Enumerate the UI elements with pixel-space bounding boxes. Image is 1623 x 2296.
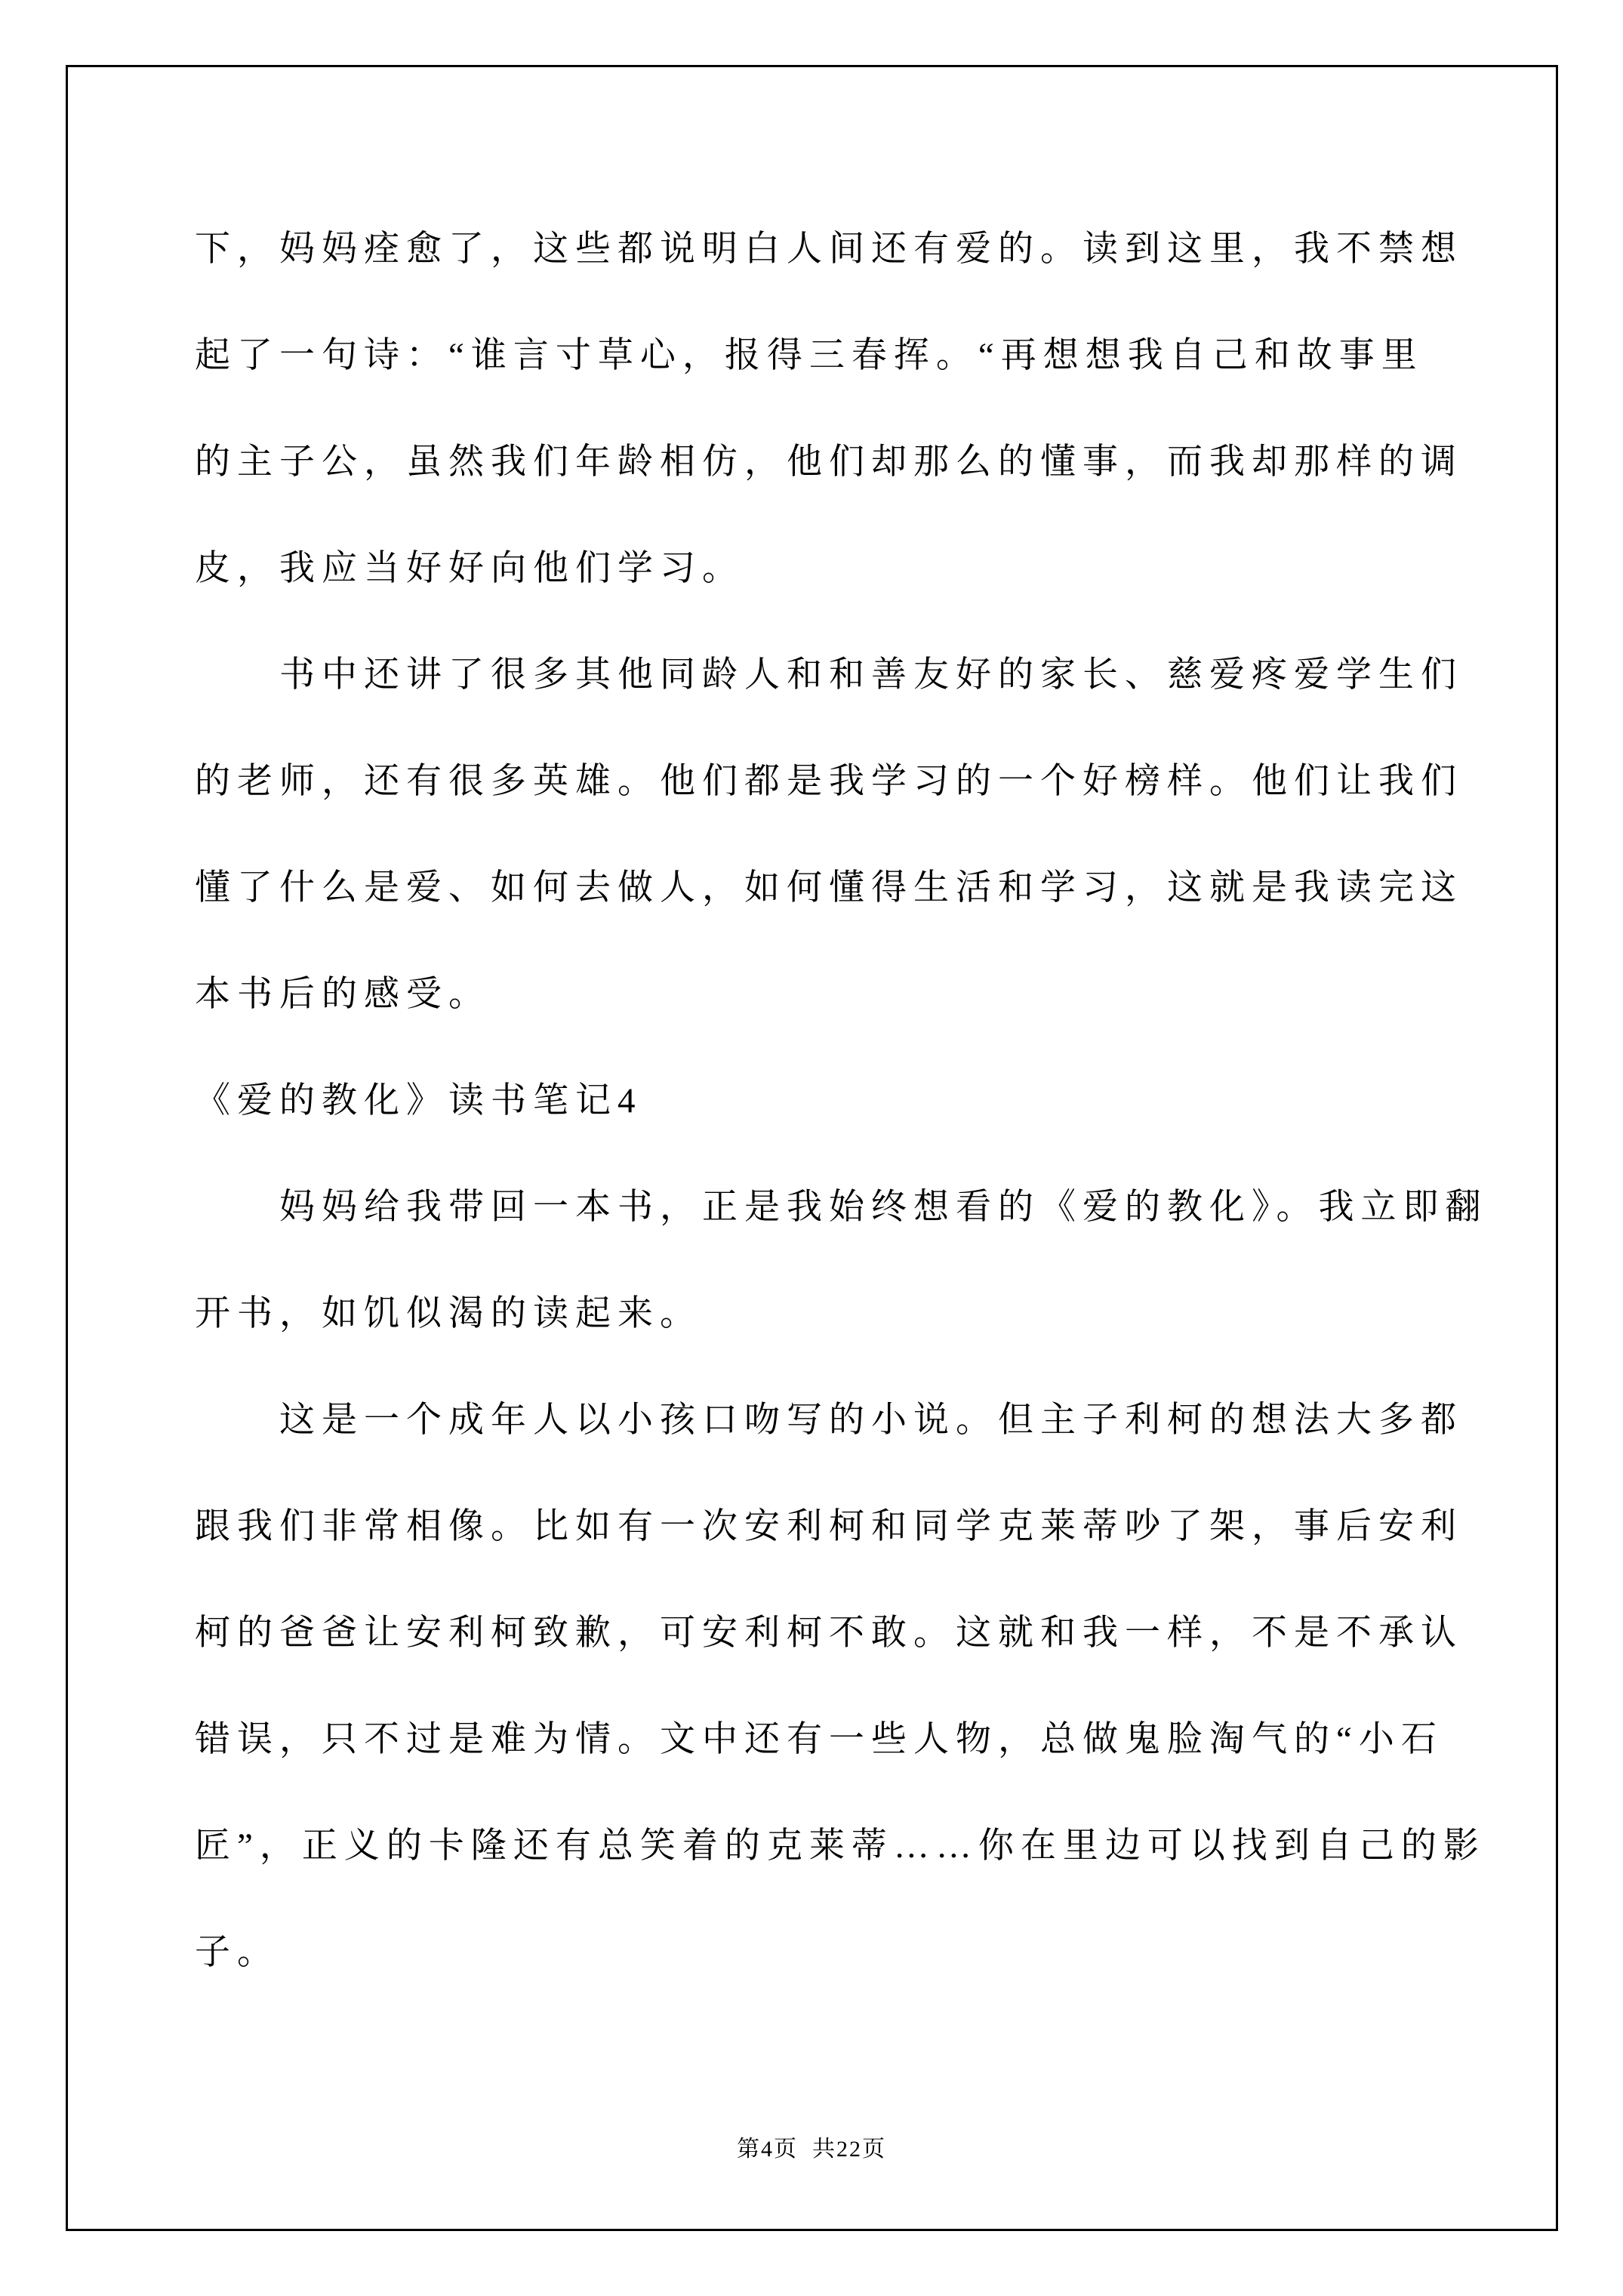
section-heading: 《爱的教化》读书笔记4: [195, 1048, 1555, 1154]
text-line: 错误，只不过是难为情。文中还有一些人物，总做鬼脸淘气的“小石: [195, 1687, 1555, 1793]
text-line: 开书，如饥似渴的读起来。: [195, 1261, 1555, 1367]
document-page: 下，妈妈痊愈了，这些都说明白人间还有爱的。读到这里，我不禁想 起了一句诗：“谁言…: [0, 0, 1623, 2296]
text-line: 柯的爸爸让安利柯致歉，可安利柯不敢。这就和我一样，不是不承认: [195, 1580, 1555, 1687]
text-block: 下，妈妈痊愈了，这些都说明白人间还有爱的。读到这里，我不禁想 起了一句诗：“谁言…: [195, 196, 1555, 2006]
text-line: 子。: [195, 1900, 1555, 2006]
text-line: 起了一句诗：“谁言寸草心，报得三春挥。“再想想我自己和故事里: [195, 303, 1555, 409]
text-line: 匠”，正义的卡隆还有总笑着的克莱蒂……你在里边可以找到自己的影: [195, 1793, 1555, 1900]
text-line: 皮，我应当好好向他们学习。: [195, 516, 1555, 622]
text-line: 的主子公，虽然我们年龄相仿，他们却那么的懂事，而我却那样的调: [195, 409, 1555, 516]
text-line: 懂了什么是爱、如何去做人，如何懂得生活和学习，这就是我读完这: [195, 835, 1555, 942]
text-line: 下，妈妈痊愈了，这些都说明白人间还有爱的。读到这里，我不禁想: [195, 196, 1555, 303]
text-line: 妈妈给我带回一本书，正是我始终想看的《爱的教化》。我立即翻: [195, 1154, 1555, 1261]
text-line: 书中还讲了很多其他同龄人和和善友好的家长、慈爱疼爱学生们: [195, 622, 1555, 729]
page-number-footer: 第4页 共22页: [0, 2130, 1623, 2163]
text-line: 的老师，还有很多英雄。他们都是我学习的一个好榜样。他们让我们: [195, 729, 1555, 835]
text-line: 本书后的感受。: [195, 942, 1555, 1048]
text-line: 这是一个成年人以小孩口吻写的小说。但主子利柯的想法大多都: [195, 1367, 1555, 1474]
text-line: 跟我们非常相像。比如有一次安利柯和同学克莱蒂吵了架，事后安利: [195, 1474, 1555, 1580]
